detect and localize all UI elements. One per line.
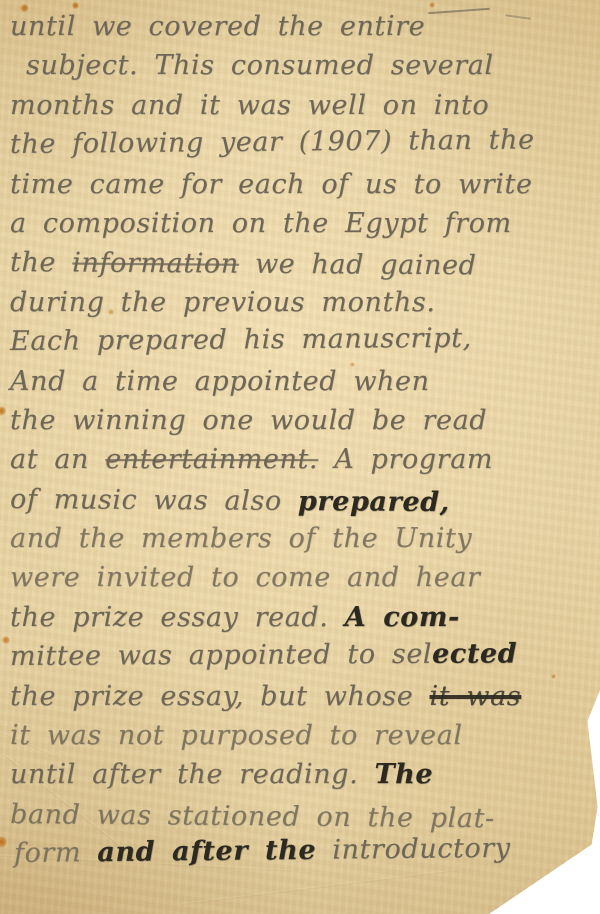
- handwriting-line: it was not purposed to reveal: [10, 720, 600, 759]
- rust-stain: [429, 2, 435, 8]
- handwriting-segment: it was: [430, 681, 522, 712]
- handwriting-line: the following year (1907) than the: [10, 124, 600, 169]
- handwriting-line: until after the reading. The: [10, 759, 600, 798]
- handwriting-line: form and after the introductory: [10, 832, 600, 878]
- handwriting-segment: and after the: [97, 835, 316, 868]
- manuscript-page: until we covered the entiresubject. This…: [0, 0, 600, 914]
- handwriting-line: the winning one would be read: [10, 405, 600, 444]
- handwriting-segment: mittee was appointed to sel: [10, 639, 432, 672]
- handwriting-segment: it was not purposed to reveal: [10, 720, 463, 751]
- handwriting-line: mittee was appointed to selected: [10, 638, 600, 680]
- handwriting-segment: and the members of the Unity: [10, 523, 472, 554]
- handwriting-segment: form: [14, 837, 98, 869]
- rust-stain: [72, 2, 79, 9]
- handwriting-segment: until after the reading.: [10, 759, 374, 790]
- handwriting-line: Each prepared his manuscript,: [10, 322, 600, 366]
- handwriting-line: subject. This consumed several: [10, 50, 600, 89]
- handwriting-segment: information: [72, 248, 239, 280]
- handwriting-line: and the members of the Unity: [10, 523, 600, 562]
- handwriting-segment: the winning one would be read: [10, 405, 487, 436]
- rust-stain: [0, 406, 6, 416]
- handwriting-segment: were invited to come and hear: [10, 562, 481, 593]
- handwriting-line: the prize essay, but whose it was: [10, 681, 600, 720]
- handwriting-segment: band was stationed on the plat-: [10, 799, 495, 834]
- rust-stain: [0, 836, 7, 848]
- handwriting-segment: months and it was well on into: [10, 90, 489, 121]
- handwriting-segment: A program: [318, 444, 493, 475]
- handwriting-line: of music was also prepared,: [10, 484, 600, 528]
- handwriting-line: during the previous months.: [10, 287, 600, 326]
- handwriting-line: And a time appointed when: [10, 366, 600, 405]
- handwriting-segment: entertainment.: [105, 444, 318, 475]
- handwriting-line: until we covered the entire: [10, 11, 600, 50]
- rust-stain: [2, 636, 10, 644]
- handwriting-segment: the: [10, 247, 72, 278]
- handwriting-segment: a composition on the Egypt from: [10, 208, 512, 239]
- handwriting-segment: during the previous months.: [10, 287, 436, 318]
- handwriting-segment: prepared,: [298, 486, 450, 518]
- handwriting-segment: Each prepared his manuscript,: [10, 323, 472, 357]
- handwriting-segment: The: [374, 759, 433, 790]
- handwriting-segment: time came for each of us to write: [10, 169, 533, 200]
- handwriting-segment: A com-: [345, 602, 460, 633]
- handwriting-line: months and it was well on into: [10, 90, 600, 129]
- handwriting-segment: ed: [480, 639, 517, 670]
- handwriting-segment: at an: [10, 444, 105, 475]
- handwriting-lines: until we covered the entiresubject. This…: [10, 11, 600, 914]
- handwriting-segment: And a time appointed when: [10, 366, 430, 397]
- handwriting-line: the prize essay read. A com-: [10, 602, 600, 641]
- handwriting-segment: the prize essay, but whose: [10, 681, 430, 712]
- handwriting-line: a composition on the Egypt from: [10, 208, 600, 247]
- handwriting-segment: until we covered the entire: [10, 11, 425, 42]
- handwriting-segment: of music was also: [10, 484, 298, 517]
- handwriting-segment: ect: [432, 639, 480, 670]
- handwriting-line: at an entertainment. A program: [10, 444, 600, 483]
- handwriting-line: the information we had gained: [10, 247, 600, 291]
- handwriting-segment: the following year (1907) than the: [10, 125, 535, 161]
- handwriting-line: time came for each of us to write: [10, 169, 600, 208]
- handwriting-segment: the prize essay read.: [10, 602, 345, 633]
- handwriting-line: were invited to come and hear: [10, 562, 600, 601]
- handwriting-segment: introductory: [316, 833, 511, 866]
- handwriting-segment: we had gained: [239, 249, 477, 282]
- scanned-document: until we covered the entiresubject. This…: [0, 0, 600, 914]
- handwriting-segment: subject. This consumed several: [26, 50, 494, 81]
